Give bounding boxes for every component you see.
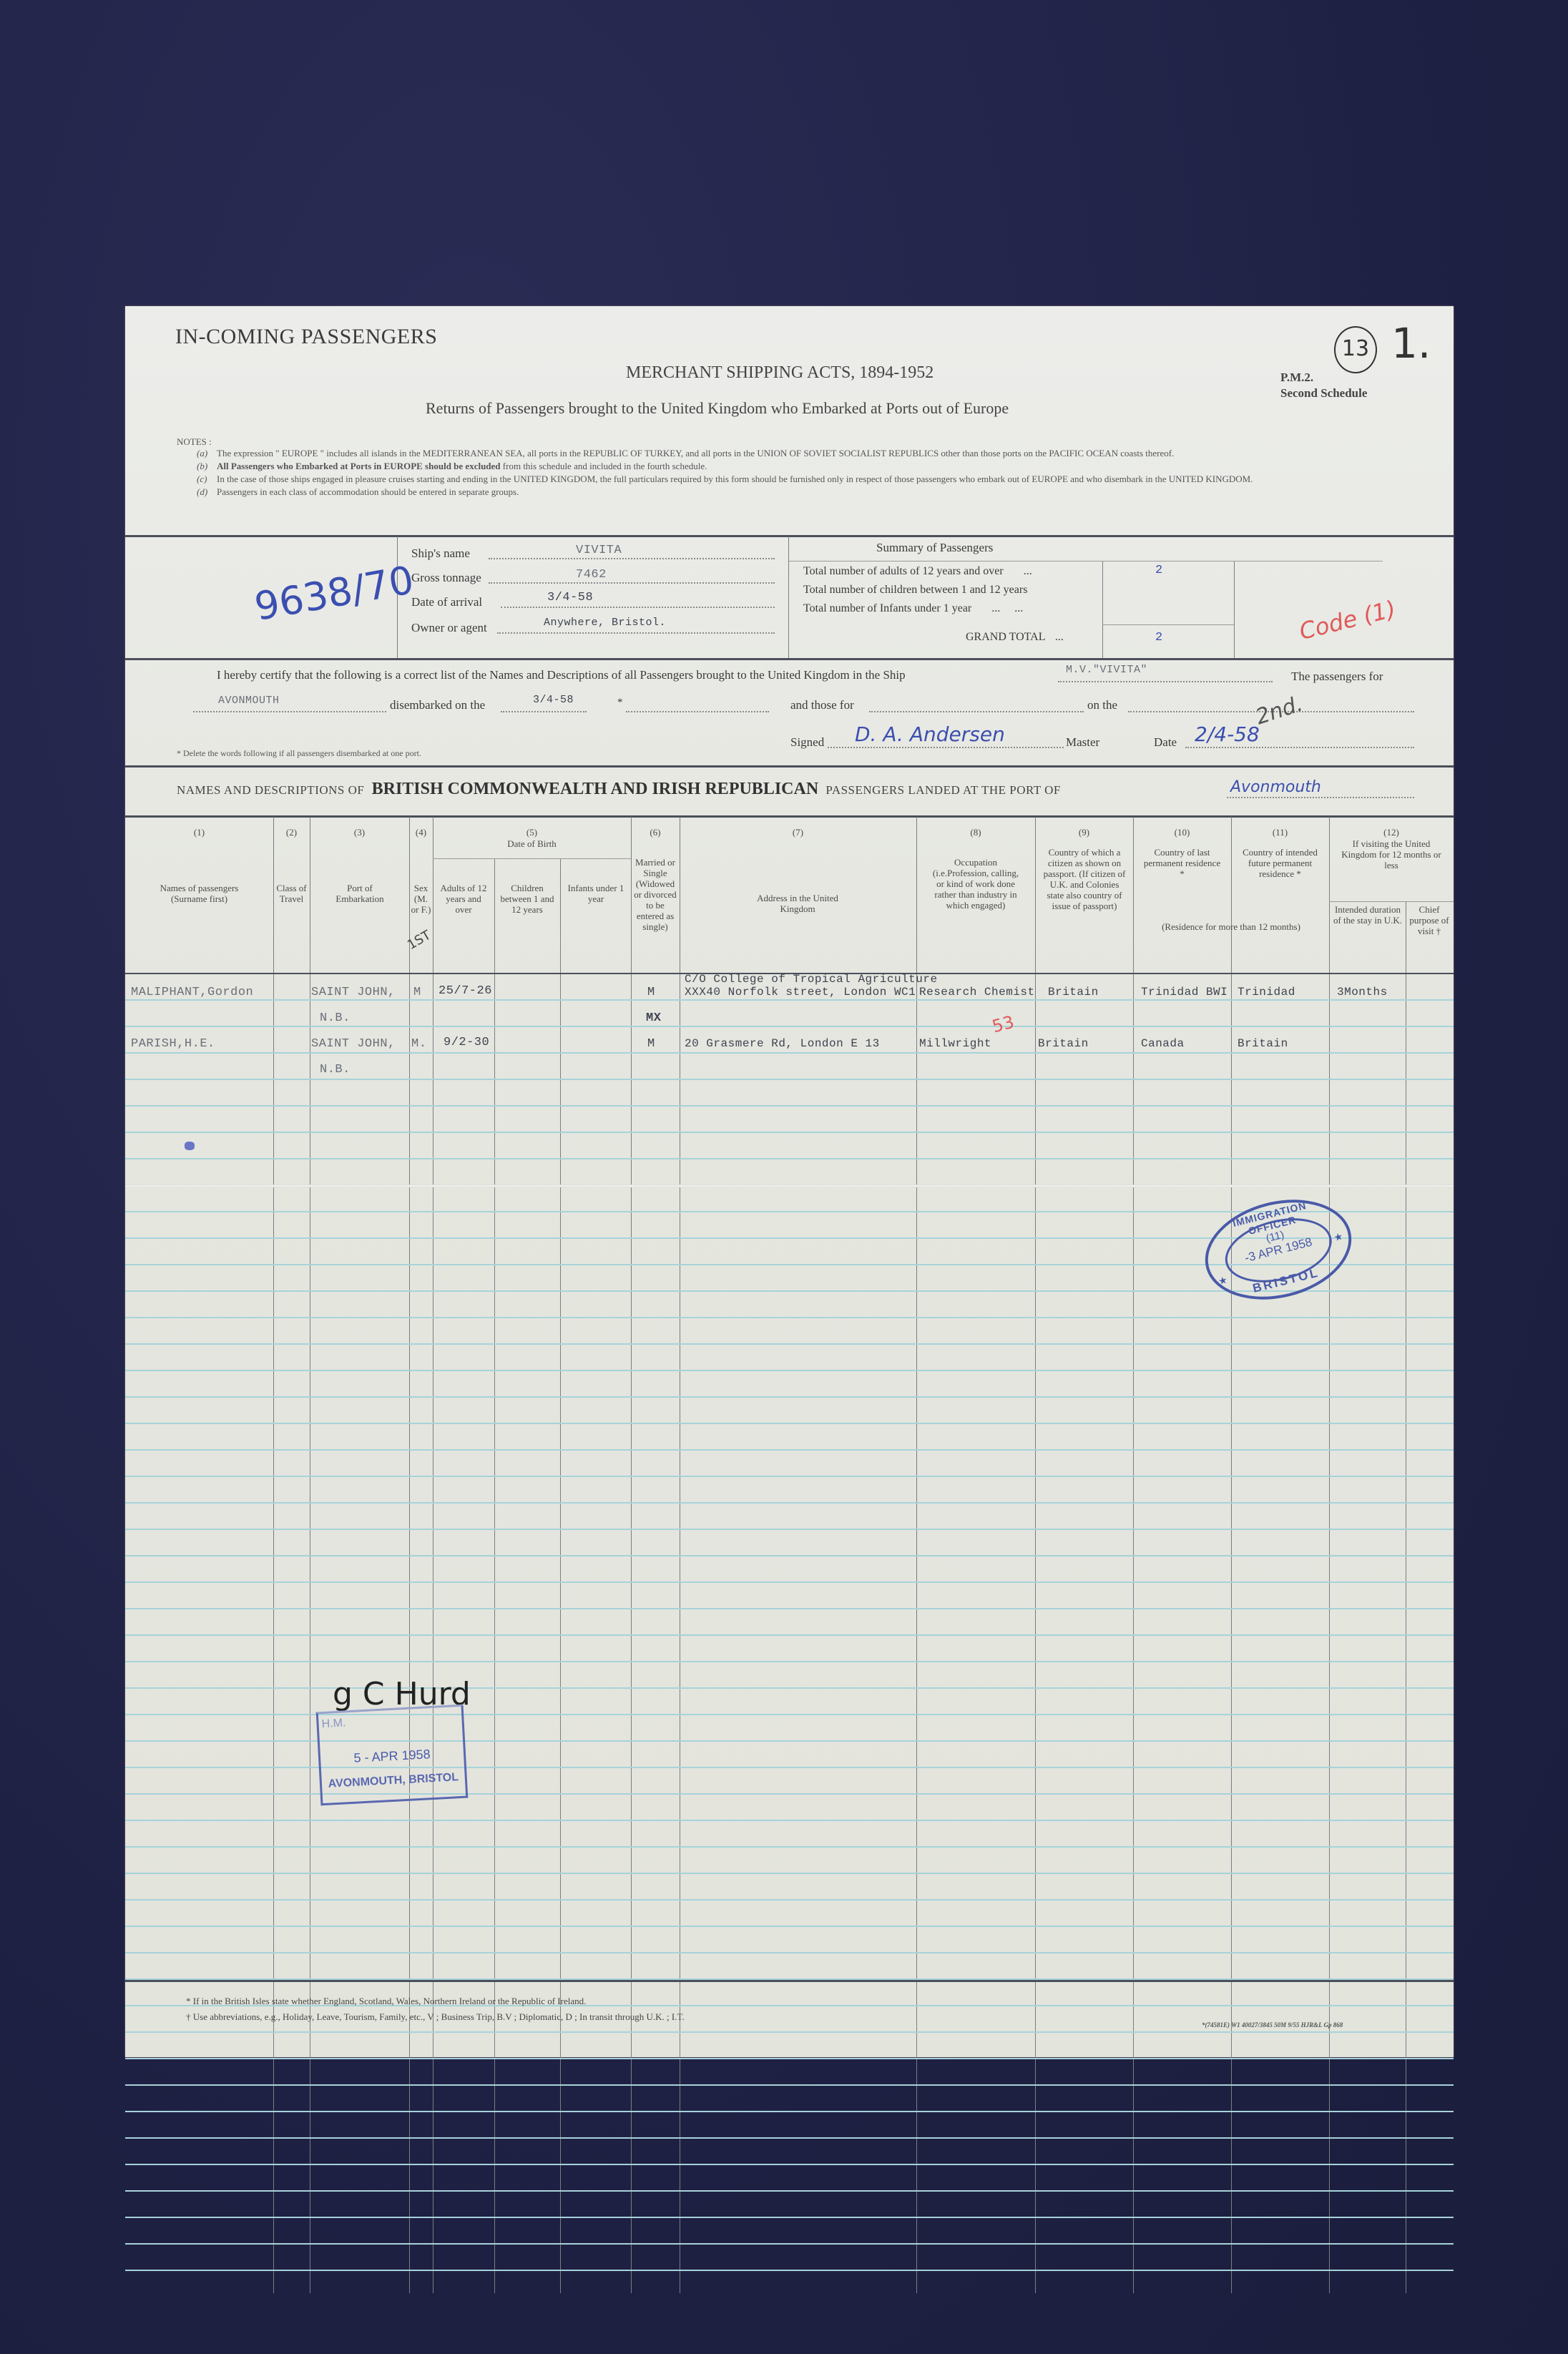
label-text: Total number of adults of 12 years and o… <box>803 565 1004 577</box>
date-label: Date <box>1154 735 1177 750</box>
footer-note-abbreviations: † Use abbreviations, e.g., Holiday, Leav… <box>186 2011 685 2023</box>
summary-children-label: Total number of children between 1 and 1… <box>803 584 1027 597</box>
note-text: Passengers in each class of accommodatio… <box>217 486 1413 497</box>
form-subtitle: Returns of Passengers brought to the Uni… <box>426 399 1009 418</box>
customs-stamp-box: H.M. 5 - APR 1958 AVONMOUTH, BRISTOL <box>316 1705 469 1806</box>
col-label-11: Country of intended future permanent res… <box>1238 847 1322 879</box>
sex: M. <box>411 1037 426 1051</box>
note-text: from this schedule and included in the f… <box>501 461 707 471</box>
divider <box>788 536 789 658</box>
divider <box>125 765 1454 767</box>
form-heading: IN-COMING PASSENGERS <box>175 325 437 349</box>
col-num-12: (12) <box>1329 827 1454 838</box>
col-label-4: Sex (M. or F.) <box>410 883 432 915</box>
dotted-line <box>501 607 775 608</box>
form-code: P.M.2. <box>1280 371 1313 385</box>
passenger-name: PARISH,H.E. <box>131 1037 215 1051</box>
future-residence: Britain <box>1238 1037 1288 1050</box>
divider <box>125 815 1454 818</box>
star-icon: ★ <box>1217 1274 1228 1288</box>
embarkation-port-line2: N.B. <box>320 1063 351 1077</box>
print-code: *(74581E) W1 40027/3845 50M 9/55 HJR&L G… <box>1202 2021 1343 2029</box>
summary-infants-label: Total number of Infants under 1 year ...… <box>803 602 1023 615</box>
col-num-6: (6) <box>631 827 680 838</box>
code-annotation: Code (1) <box>1296 595 1398 645</box>
label-text: Total number of Infants under 1 year <box>803 602 971 614</box>
col-num-5: (5) <box>433 827 631 838</box>
divider <box>1234 561 1235 658</box>
master-label: Master <box>1066 735 1099 750</box>
note-a: (a) The expression " EUROPE " includes a… <box>197 448 1413 458</box>
dotted-line <box>489 582 775 584</box>
note-text: In the case of those ships engaged in pl… <box>217 474 1413 484</box>
col-num-1: (1) <box>125 827 273 838</box>
section-title: NAMES AND DESCRIPTIONS OF BRITISH COMMON… <box>177 780 1061 799</box>
page-number-handwritten: 1. <box>1391 319 1431 368</box>
stay-duration: 3Months <box>1337 986 1388 999</box>
col-num-9: (9) <box>1035 827 1133 838</box>
note-text: The expression " EUROPE " includes all i… <box>217 448 1413 458</box>
citizen-country: Britain <box>1038 1037 1089 1050</box>
divider <box>125 1980 1454 1982</box>
address-line2: XXX40 Norfolk street, London WC1 <box>685 986 916 999</box>
marital-status: M <box>647 986 655 999</box>
note-bold-text: All Passengers who Embarked at Ports in … <box>217 461 501 471</box>
embarkation-port-line2: N.B. <box>320 1011 351 1025</box>
occupation: Millwright <box>919 1037 991 1050</box>
grand-total-value: 2 <box>1155 631 1163 644</box>
dotted-line <box>626 711 769 712</box>
col-label-10: Country of last permanent residence * <box>1141 847 1223 879</box>
col-label-2: Class of Travel <box>275 883 308 904</box>
occupation: Research Chemist <box>919 986 1035 999</box>
dotted-line <box>193 711 386 712</box>
dots: ... <box>1055 631 1064 643</box>
future-residence: Trinidad <box>1238 986 1295 999</box>
ink-blot <box>185 1142 195 1150</box>
disembark-port-value: AVONMOUTH <box>218 695 280 707</box>
schedule-label: Second Schedule <box>1280 386 1367 401</box>
and-those-for-label: and those for <box>790 698 854 712</box>
col12-sub-purpose: Chief purpose of visit † <box>1407 904 1451 936</box>
dotted-line <box>489 558 775 559</box>
col-label-8: Occupation (i.e.Profession, calling, or … <box>930 857 1021 911</box>
certification-text: I hereby certify that the following is a… <box>217 668 906 682</box>
disembarked-label: disembarked on the <box>390 698 485 712</box>
note-letter: (c) <box>197 474 217 484</box>
col-num-10: (10) <box>1133 827 1231 838</box>
section-bold: BRITISH COMMONWEALTH AND IRISH REPUBLICA… <box>372 780 819 798</box>
disembarked-date-value: 3/4-58 <box>533 694 574 706</box>
date-annotation: 2nd. <box>1253 692 1305 730</box>
arrival-date-label: Date of arrival <box>411 595 482 609</box>
col12-sub-duration: Intended duration of the stay in U.K. <box>1331 904 1404 926</box>
residence-note: (Residence for more than 12 months) <box>1136 921 1326 932</box>
note-letter: (a) <box>197 448 217 458</box>
divider <box>125 658 1454 660</box>
reference-number-handwritten: 9638/70 <box>251 557 417 629</box>
col-num-2: (2) <box>273 827 310 838</box>
dots: ... <box>1024 565 1032 577</box>
notes-label: NOTES : <box>177 436 212 448</box>
act-title: MERCHANT SHIPPING ACTS, 1894-1952 <box>626 363 934 383</box>
passenger-name: MALIPHANT,Gordon <box>131 986 253 999</box>
gross-tonnage-value: 7462 <box>576 568 607 582</box>
col-label-3: Port of Embarkation <box>331 883 388 904</box>
section-suffix: PASSENGERS LANDED AT THE PORT OF <box>825 783 1060 797</box>
dotted-line <box>828 747 1064 748</box>
col-num-8: (8) <box>916 827 1035 838</box>
dob-sub-infants: Infants under 1 year <box>566 883 626 904</box>
address-line1: C/O College of Tropical Agriculture <box>685 973 938 986</box>
note-letter: (d) <box>197 486 217 497</box>
divider <box>789 561 1383 561</box>
section-prefix: NAMES AND DESCRIPTIONS OF <box>177 783 364 797</box>
col-label-7: Address in the United Kingdom <box>740 893 855 914</box>
owner-agent-label: Owner or agent <box>411 621 487 635</box>
col-num-7: (7) <box>680 827 916 838</box>
dotted-line <box>497 632 775 634</box>
col-num-3: (3) <box>310 827 409 838</box>
dotted-line <box>1227 797 1414 798</box>
dob-sub-adults: Adults of 12 years and over <box>437 883 490 915</box>
col-label-6: Married or Single (Widowed or divorced t… <box>632 857 679 932</box>
summary-title: Summary of Passengers <box>876 541 993 555</box>
col-num-4: (4) <box>409 827 433 838</box>
col-label-9: Country of which a citizen as shown on p… <box>1041 847 1128 911</box>
dots: ... ... <box>991 602 1023 614</box>
landing-port-handwritten: Avonmouth <box>1230 778 1321 796</box>
ship-name-label: Ship's name <box>411 546 470 561</box>
col-label-1: Names of passengers (Surname first) <box>154 883 245 904</box>
note-c: (c) In the case of those ships engaged i… <box>197 474 1413 484</box>
certification-footnote: * Delete the words following if all pass… <box>177 748 421 759</box>
customs-stamp-line1: H.M. <box>321 1717 346 1731</box>
last-residence: Trinidad BWI <box>1141 986 1228 999</box>
col-label-5: Date of Birth <box>433 838 631 849</box>
grand-total-label: GRAND TOTAL ... <box>966 631 1064 644</box>
on-the-label: on the <box>1087 698 1117 712</box>
gross-tonnage-label: Gross tonnage <box>411 571 481 585</box>
asterisk: * <box>617 697 623 709</box>
divider <box>1102 561 1103 658</box>
notes-list: (a) The expression " EUROPE " includes a… <box>197 448 1413 497</box>
dob-sub-children: Children between 1 and 12 years <box>497 883 557 915</box>
dotted-line <box>501 711 587 712</box>
marital-status: M <box>647 1037 655 1051</box>
col-label-12: If visiting the United Kingdom for 12 mo… <box>1336 838 1446 871</box>
divider <box>433 858 631 859</box>
note-b: (b) All Passengers who Embarked at Ports… <box>197 461 1413 471</box>
ruled-lines <box>125 974 1454 2293</box>
dotted-line <box>1058 681 1273 682</box>
owner-agent-value: Anywhere, Bristol. <box>544 617 666 629</box>
passengers-for-label: The passengers for <box>1291 670 1383 684</box>
dob-adult: 25/7-26 <box>438 984 492 998</box>
divider <box>125 535 1454 537</box>
marital-strikeout: MX <box>646 1011 661 1025</box>
passenger-form: IN-COMING PASSENGERS MERCHANT SHIPPING A… <box>125 306 1454 2057</box>
dotted-line <box>1185 747 1414 748</box>
divider <box>1102 624 1234 625</box>
circled-number: 13 <box>1334 326 1377 373</box>
divider <box>1329 901 1454 902</box>
address-line1: 20 Grasmere Rd, London E 13 <box>685 1037 880 1050</box>
customs-stamp-place: AVONMOUTH, BRISTOL <box>322 1771 466 1791</box>
note-d: (d) Passengers in each class of accommod… <box>197 486 1413 497</box>
embarkation-port: SAINT JOHN, <box>311 1037 396 1051</box>
ship-name-value: VIVITA <box>576 544 622 557</box>
citizen-country: Britain <box>1048 986 1099 999</box>
summary-adults-value: 2 <box>1155 564 1163 577</box>
dob-adult: 9/2-30 <box>444 1036 489 1049</box>
fold-crease <box>125 1185 1454 1187</box>
label-text: GRAND TOTAL <box>966 631 1045 643</box>
footer-note-residence: * If in the British Isles state whether … <box>186 1996 586 2007</box>
col-num-11: (11) <box>1231 827 1329 838</box>
signed-date-value: 2/4-58 <box>1195 722 1260 746</box>
certified-ship-value: M.V."VIVITA" <box>1066 664 1147 676</box>
summary-adults-label: Total number of adults of 12 years and o… <box>803 565 1032 578</box>
embarkation-port: SAINT JOHN, <box>311 986 396 999</box>
signed-label: Signed <box>790 735 824 750</box>
customs-stamp-date: 5 - APR 1958 <box>320 1745 464 1767</box>
sex: M <box>413 986 421 999</box>
note-letter: (b) <box>197 461 217 471</box>
dotted-line <box>869 711 1084 712</box>
last-residence: Canada <box>1141 1037 1185 1050</box>
arrival-date-value: 3/4-58 <box>547 591 593 604</box>
master-signature: D. A. Andersen <box>855 722 1005 746</box>
